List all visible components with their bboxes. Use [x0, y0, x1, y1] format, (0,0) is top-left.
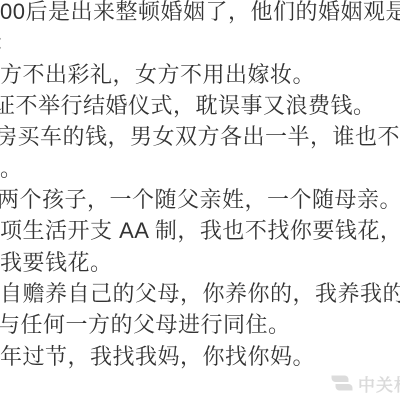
post-text-block: 00后是出来整顿婚姻了，他们的婚姻观是：方不出彩礼，女方不用出嫁妆。证不举行结婚… [0, 0, 400, 372]
text-line: 证不举行结婚仪式，耽误事又浪费钱。 [0, 90, 400, 121]
zol-logo-icon [329, 374, 355, 392]
text-line: 项生活开支 AA 制，我也不找你要钱花，你 [0, 215, 400, 246]
text-line: 00后是出来整顿婚姻了，他们的婚姻观是 [0, 0, 400, 27]
text-line: 与任何一方的父母进行同住。 [0, 309, 400, 340]
text-line: 两个孩子，一个随父亲姓，一个随母亲。 [0, 184, 400, 215]
text-line: 年过节，我找我妈，你找你妈。 [0, 341, 400, 372]
watermark: 中关村在 [329, 371, 400, 395]
text-line: 方不出彩礼，女方不用出嫁妆。 [0, 59, 400, 90]
text-line: 自赡养自己的父母，你养你的，我养我的。 [0, 278, 400, 309]
text-line: 房买车的钱，男女双方各出一半，谁也不吃 [0, 121, 400, 152]
text-line: ： [0, 27, 400, 58]
watermark-text: 中关村在 [358, 371, 400, 396]
text-line: 。 [0, 153, 400, 184]
screenshot-canvas: 00后是出来整顿婚姻了，他们的婚姻观是：方不出彩礼，女方不用出嫁妆。证不举行结婚… [0, 0, 400, 400]
text-line: 我要钱花。 [0, 247, 400, 278]
